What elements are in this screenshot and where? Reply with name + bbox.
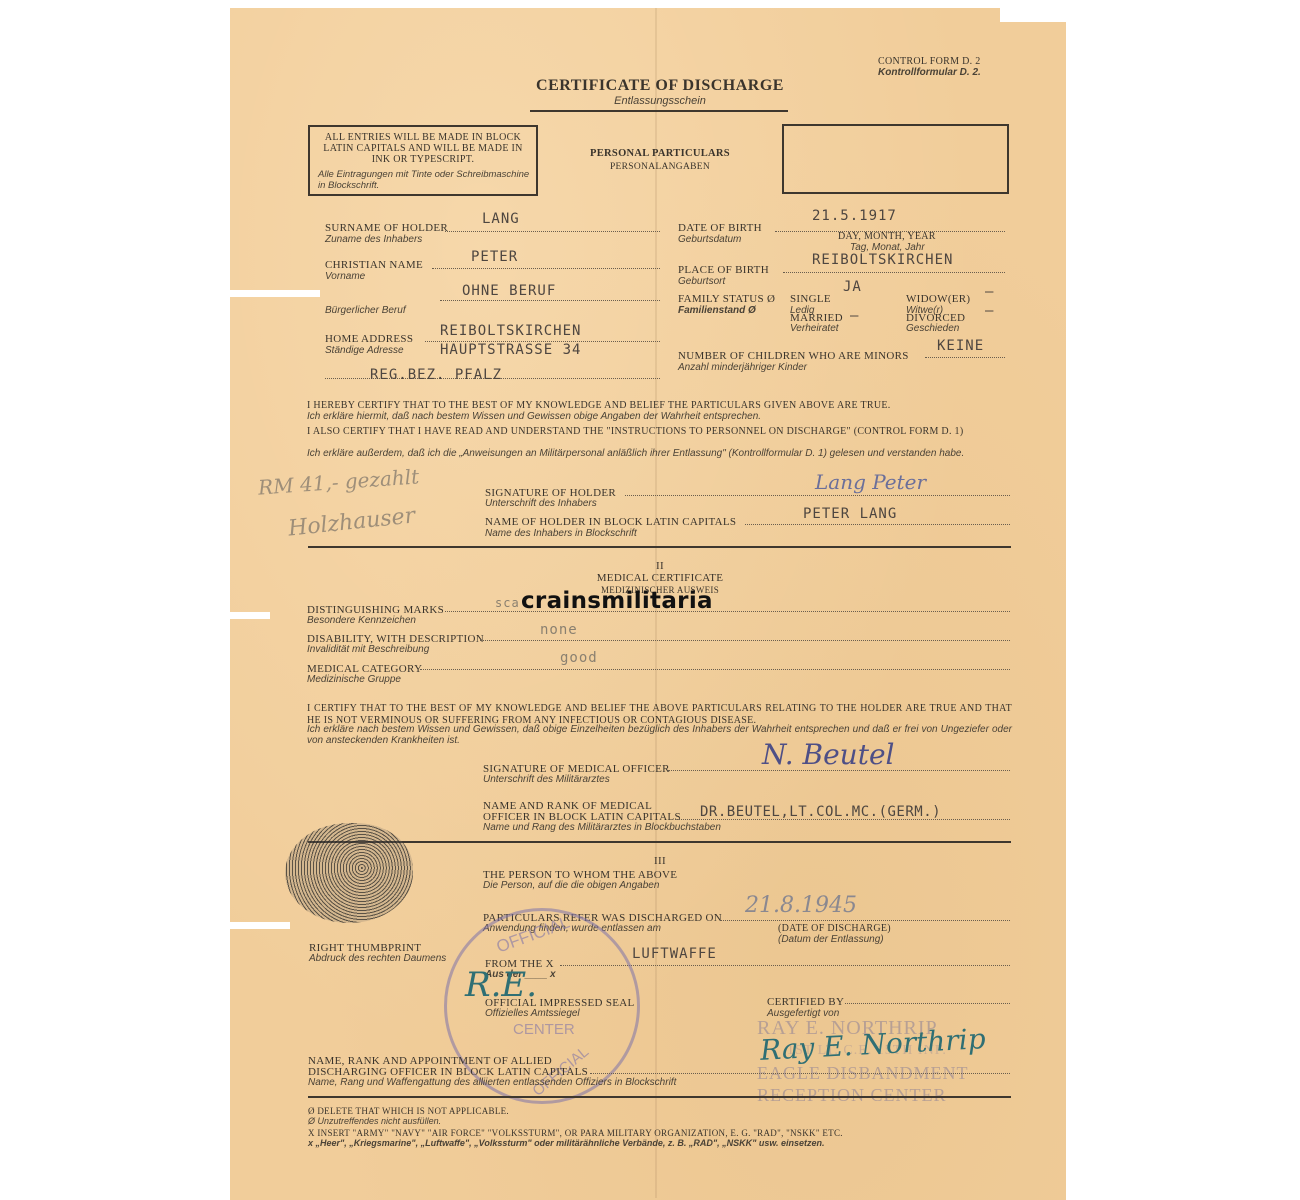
officer-stamp-4: RECEPTION CENTER — [757, 1084, 947, 1106]
instructions-box: ALL ENTRIES WILL BE MADE IN BLOCK LATIN … — [308, 125, 538, 196]
seal-text-center: CENTER — [513, 1021, 575, 1038]
discharge-date-hint-de: (Datum der Entlassung) — [778, 934, 884, 945]
signature-holder-label-de: Unterschrift des Inhabers — [485, 498, 597, 509]
paper-tear — [230, 922, 290, 929]
medical-certify-de: Ich erkläre nach bestem Wissen und Gewis… — [307, 724, 1012, 746]
christian-name-label-de: Vorname — [325, 271, 365, 282]
divorced-label-de: Geschieden — [906, 323, 959, 334]
paper-tear — [1000, 0, 1070, 22]
photo-box — [782, 124, 1009, 194]
certify-text-de: Ich erkläre hiermit, daß nach bestem Wis… — [307, 411, 1017, 422]
block-name-label: NAME OF HOLDER IN BLOCK LATIN CAPITALS — [485, 516, 736, 528]
family-status-label: FAMILY STATUS Ø — [678, 293, 775, 305]
instructions-en: ALL ENTRIES WILL BE MADE IN BLOCK LATIN … — [316, 132, 530, 165]
block-name-value: PETER LANG — [803, 506, 897, 522]
thumbprint-label-de: Abdruck des rechten Daumens — [309, 953, 446, 964]
single-value: JA — [843, 279, 862, 295]
pob-value: REIBOLTSKIRCHEN — [812, 252, 953, 268]
medical-officer-sig-label-de: Unterschrift des Militärarztes — [483, 774, 610, 785]
children-label: NUMBER OF CHILDREN WHO ARE MINORS — [678, 350, 909, 362]
christian-name-value: PETER — [471, 249, 518, 265]
control-form-de: Kontrollformular D. 2. — [878, 67, 981, 78]
widow-value: — — [985, 284, 994, 300]
home-address-label: HOME ADDRESS — [325, 333, 413, 345]
footnote-2: x INSERT "ARMY" "NAVY" "AIR FORCE" "VOLK… — [308, 1128, 843, 1138]
discharge-line-1-de: Die Person, auf die die obigen Angaben — [483, 880, 659, 891]
children-label-de: Anzahl minderjähriger Kinder — [678, 362, 807, 373]
discharge-date: 21.8.1945 — [745, 893, 857, 918]
section-number-ii: II — [560, 560, 760, 572]
from-value: LUFTWAFFE — [632, 946, 717, 962]
section-title: PERSONAL PARTICULARS — [560, 148, 760, 160]
medical-officer-signature: N. Beutel — [762, 738, 894, 771]
married-label-de: Verheiratet — [790, 323, 839, 334]
thumbprint — [285, 823, 413, 923]
christian-name-label: CHRISTIAN NAME — [325, 259, 423, 271]
section-divider — [308, 546, 1011, 548]
watermark: crainsmilitaria — [521, 588, 713, 614]
dob-value: 21.5.1917 — [812, 208, 897, 224]
surname-label-de: Zuname des Inhabers — [325, 234, 422, 245]
certify-text-2-de: Ich erkläre außerdem, daß ich die „Anwei… — [307, 448, 1017, 459]
medical-officer-name-label-de: Name und Rang des Militärarztes in Block… — [483, 822, 721, 833]
medical-category-label-de: Medizinische Gruppe — [307, 674, 401, 685]
disability-value: none — [540, 622, 578, 638]
occupation-label-de: Bürgerlicher Beruf — [325, 305, 406, 316]
family-status-label-de: Familienstand Ø — [678, 305, 756, 316]
children-value: KEINE — [937, 338, 984, 354]
married-value: — — [850, 308, 859, 324]
title-rule — [530, 110, 788, 112]
pob-label: PLACE OF BIRTH — [678, 264, 769, 276]
surname-label: SURNAME OF HOLDER — [325, 222, 448, 234]
block-name-label-de: Name des Inhabers in Blockschrift — [485, 528, 637, 539]
certified-by-label: CERTIFIED BY — [767, 996, 844, 1008]
address-line-2: HAUPTSTRASSE 34 — [440, 342, 581, 358]
seal-text-top: OFFICIAL — [494, 913, 573, 958]
marks-value: sca — [495, 596, 520, 610]
pob-label-de: Geburtsort — [678, 276, 725, 287]
holder-signature: Lang Peter — [815, 470, 926, 494]
document-title: CERTIFICATE OF DISCHARGE — [500, 77, 820, 95]
surname-value: LANG — [482, 211, 520, 227]
disability-label-de: Invalidität mit Beschreibung — [307, 644, 429, 655]
section-title-de: PERSONALANGABEN — [560, 161, 760, 173]
footnote-1: Ø DELETE THAT WHICH IS NOT APPLICABLE. — [308, 1106, 509, 1116]
dob-label-de: Geburtsdatum — [678, 234, 741, 245]
paper-tear — [230, 612, 270, 619]
allied-officer-label-de: Name, Rang und Waffengattung des alliier… — [308, 1077, 676, 1088]
medical-category-value: good — [560, 650, 598, 666]
seal-label-de: Offizielles Amtssiegel — [485, 1008, 580, 1019]
dob-label: DATE OF BIRTH — [678, 222, 762, 234]
address-line-3: REG.BEZ. PFALZ — [370, 367, 502, 383]
paper-tear — [230, 290, 320, 297]
section-number-iii: III — [560, 855, 760, 867]
document-title-de: Entlassungsschein — [500, 96, 820, 107]
occupation-value: OHNE BERUF — [462, 283, 556, 299]
section-divider — [308, 841, 1011, 843]
footnote-2-de: x „Heer", „Kriegsmarine", „Luftwaffe", „… — [308, 1138, 825, 1148]
marks-label-de: Besondere Kennzeichen — [307, 615, 416, 626]
widow-label: WIDOW(ER) — [906, 293, 970, 305]
instructions-de: Alle Eintragungen mit Tinte oder Schreib… — [318, 169, 532, 191]
certify-text-2-en: I ALSO CERTIFY THAT I HAVE READ AND UNDE… — [307, 426, 1017, 438]
address-line-1: REIBOLTSKIRCHEN — [440, 323, 581, 339]
medical-title: MEDICAL CERTIFICATE — [540, 572, 780, 584]
home-address-label-de: Ständige Adresse — [325, 345, 404, 356]
single-label: SINGLE — [790, 293, 831, 305]
footnote-1-de: Ø Unzutreffendes nicht ausfüllen. — [308, 1116, 441, 1126]
medical-officer-name: DR.BEUTEL,LT.COL.MC.(GERM.) — [700, 804, 941, 820]
section-divider — [308, 1096, 1011, 1098]
widow-value-2: — — [985, 303, 994, 319]
